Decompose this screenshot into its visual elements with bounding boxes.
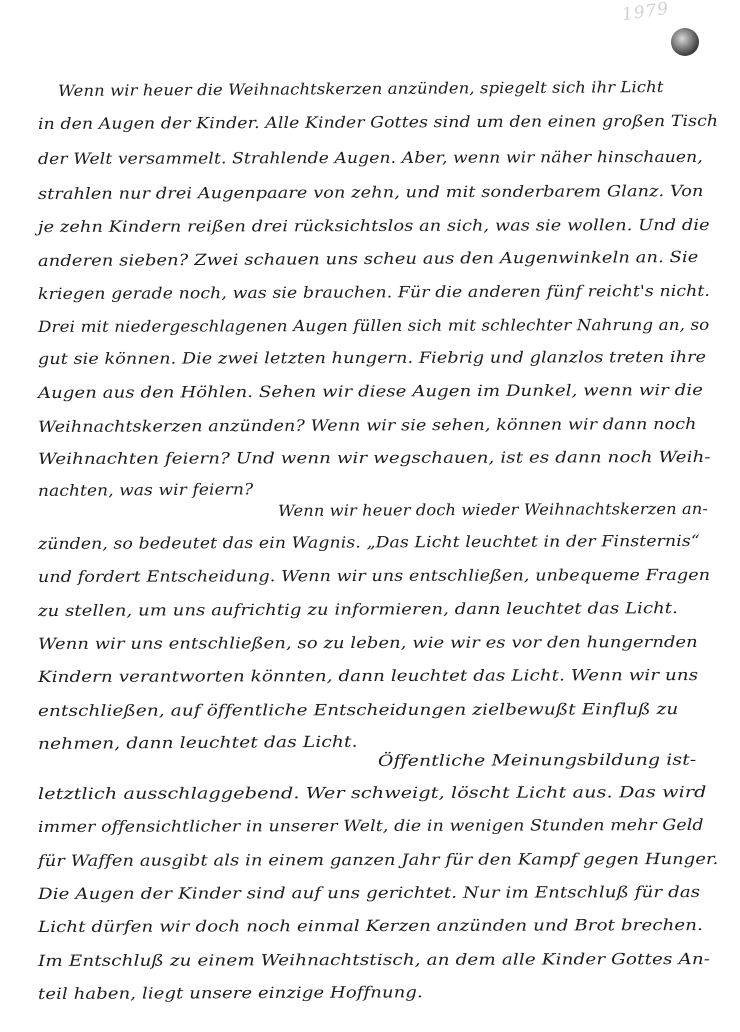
text-line: zu stellen, um uns aufrichtig zu informi… [38, 599, 678, 620]
text-line: je zehn Kindern reißen drei rücksichtslo… [38, 216, 710, 236]
text-line: Kindern verantworten könnten, dann leuch… [38, 666, 698, 686]
handwritten-text-body: Wenn wir heuer die Weihnachtskerzen anzü… [0, 0, 740, 1032]
text-line: Die Augen der Kinder sind auf uns gerich… [38, 883, 700, 903]
text-line: kriegen gerade noch, was sie brauchen. F… [38, 282, 710, 303]
text-line: letztlich ausschlaggebend. Wer schweigt,… [38, 783, 707, 803]
text-line: Im Entschluß zu einem Weihnachtstisch, a… [38, 950, 710, 970]
text-line: entschließen, auf öffentliche Entscheidu… [38, 700, 678, 720]
text-line: nachten, was wir feiern? [38, 480, 253, 500]
text-line: und fordert Entscheidung. Wenn wir uns e… [38, 566, 710, 586]
text-line: teil haben, liegt unsere einzige Hoffnun… [38, 983, 423, 1003]
text-line: anderen sieben? Zwei schauen uns scheu a… [38, 248, 699, 270]
text-line: Wenn wir uns entschließen, so zu leben, … [38, 633, 698, 653]
text-line: Wenn wir heuer die Weihnachtskerzen anzü… [58, 78, 664, 100]
text-line: Weihnachtskerzen anzünden? Wenn wir sie … [38, 415, 697, 436]
text-line: zünden, so bedeutet das ein Wagnis. „Das… [38, 532, 700, 553]
text-line: Drei mit niedergeschlagenen Augen füllen… [38, 316, 709, 336]
text-line: Weihnachten feiern? Und wenn wir wegscha… [38, 448, 711, 468]
paragraph-start-line: Öffentliche Meinungsbildung ist- [378, 751, 696, 770]
text-line: Augen aus den Höhlen. Sehen wir diese Au… [38, 381, 703, 402]
text-line: gut sie können. Die zwei letzten hungern… [38, 348, 706, 368]
handwritten-letter-page: 1979 Wenn wir heuer die Weihnachtskerzen… [0, 0, 740, 1032]
text-line: für Waffen ausgibt als in einem ganzen J… [38, 850, 719, 870]
text-line: der Welt versammelt. Strahlende Augen. A… [38, 148, 703, 168]
text-line: Licht dürfen wir doch noch einmal Kerzen… [38, 916, 703, 936]
text-line: nehmen, dann leuchtet das Licht. [38, 733, 358, 753]
text-line: immer offensichtlicher in unserer Welt, … [38, 816, 704, 836]
text-line: strahlen nur drei Augenpaare von zehn, u… [38, 182, 704, 203]
paragraph-start-line: Wenn wir heuer doch wieder Weihnachtsker… [278, 500, 708, 520]
text-line: in den Augen der Kinder. Alle Kinder Got… [38, 112, 718, 133]
